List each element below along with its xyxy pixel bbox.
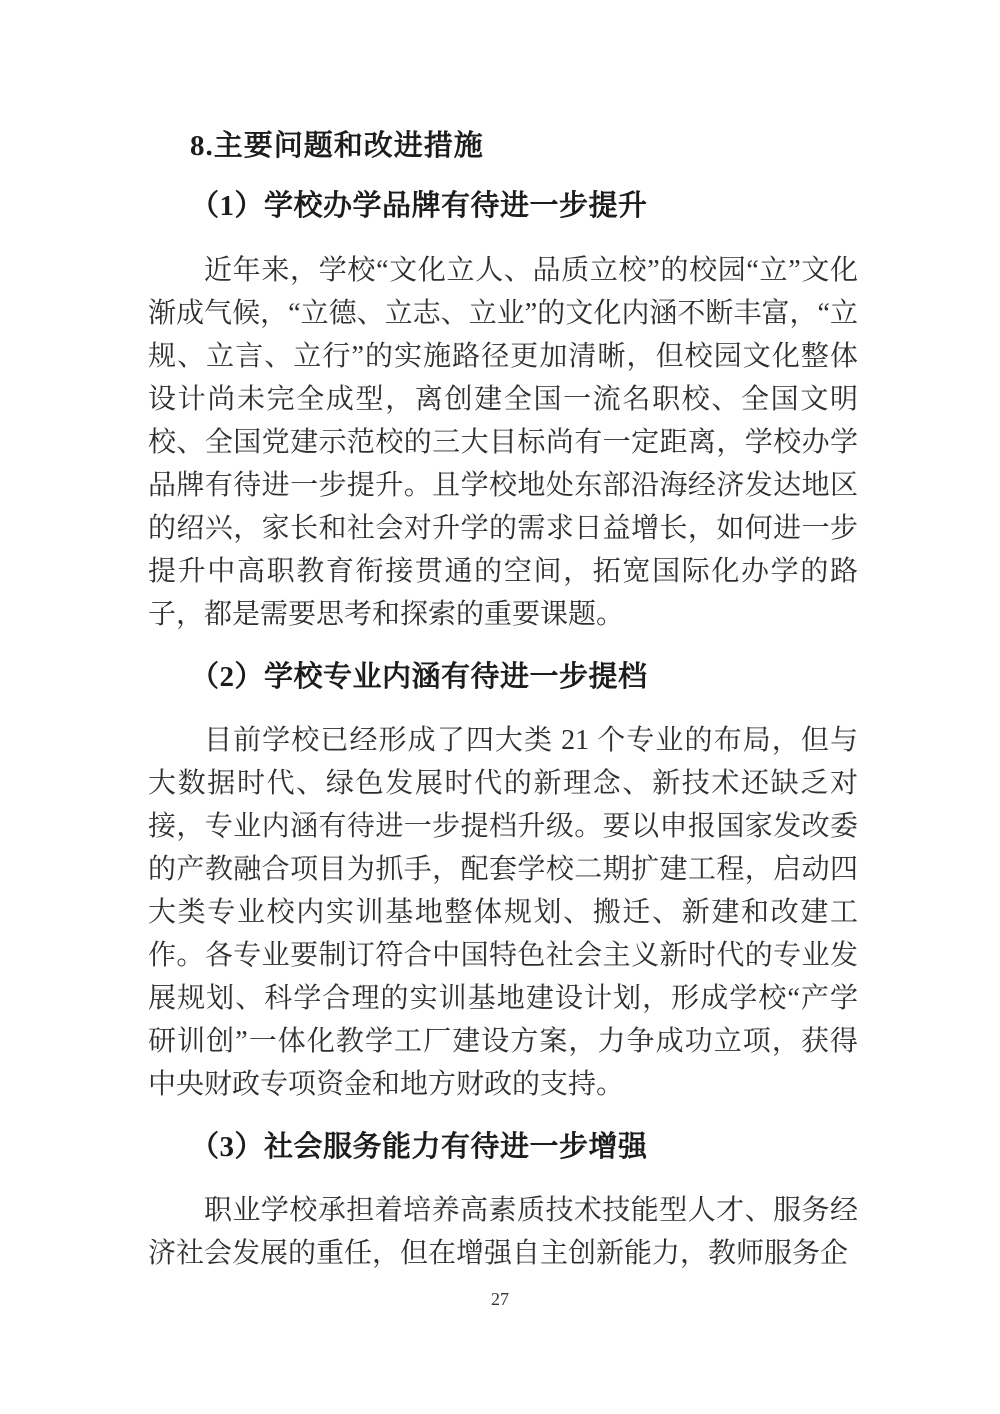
section-paragraph-2: 目前学校已经形成了四大类 21 个专业的布局，但与大数据时代、绿色发展时代的新理…: [148, 719, 858, 1106]
section-heading-3: （3）社会服务能力有待进一步增强: [148, 1126, 858, 1169]
section-paragraph-3: 职业学校承担着培养高素质技术技能型人才、服务经济社会发展的重任，但在增强自主创新…: [148, 1189, 858, 1275]
section-paragraph-1: 近年来，学校“文化立人、品质立校”的校园“立”文化渐成气候，“立德、立志、立业”…: [148, 249, 858, 636]
page-number: 27: [0, 1288, 1000, 1310]
section-heading-2: （2）学校专业内涵有待进一步提档: [148, 656, 858, 699]
document-page: 8.主要问题和改进措施 （1）学校办学品牌有待进一步提升 近年来，学校“文化立人…: [0, 0, 1000, 1414]
chapter-heading: 8.主要问题和改进措施: [148, 125, 858, 168]
text-block: 8.主要问题和改进措施 （1）学校办学品牌有待进一步提升 近年来，学校“文化立人…: [148, 0, 858, 1275]
section-heading-1: （1）学校办学品牌有待进一步提升: [148, 185, 858, 228]
